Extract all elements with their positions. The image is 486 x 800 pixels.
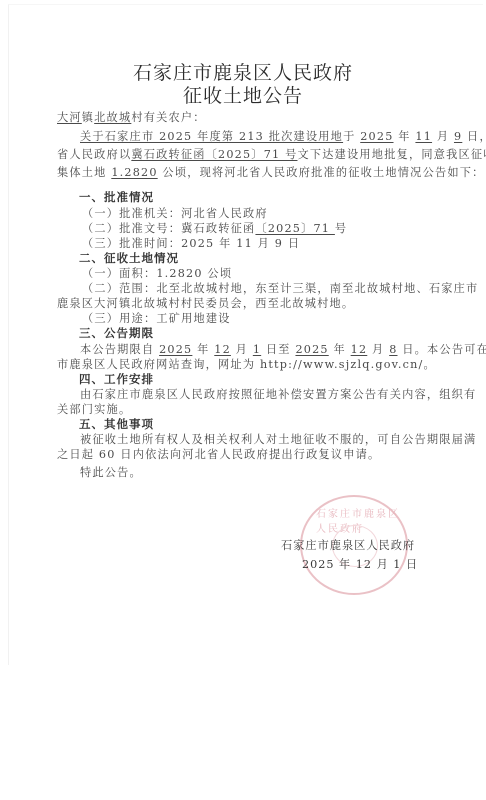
end-year: 2025	[295, 343, 328, 356]
approval-authority: （一）批准机关：河北省人民政府	[82, 206, 268, 221]
text: 月	[231, 343, 253, 356]
village-name: 北故城	[94, 111, 131, 124]
text: 于	[343, 130, 360, 143]
text: 集体土地	[57, 166, 111, 179]
land-area-item: （一）面积：1.2820 公顷	[82, 266, 232, 281]
text: 日，由河北	[462, 130, 486, 143]
end-month: 12	[351, 343, 368, 356]
batch-name: 关于石家庄市 2025 年度第 213 批次建设用地	[80, 130, 343, 143]
town-name: 大河	[57, 111, 82, 124]
approval-date: （三）批准时间：2025 年 11 月 9 日	[82, 236, 300, 251]
doc-number: 〔2025〕71	[255, 222, 334, 235]
text: 省人民政府以	[57, 148, 131, 161]
section-1-heading: 一、批准情况	[79, 190, 154, 205]
text: 年	[192, 343, 214, 356]
text: （二）批准文号：冀石政转征函	[82, 222, 255, 235]
land-scope-line-2: 鹿泉区大河镇北故城村村民委员会，西至北故城村地。	[57, 296, 354, 311]
document-title: 石家庄市鹿泉区人民政府	[0, 62, 486, 84]
work-arrangement-line-1: 由石家庄市鹿泉区人民政府按照征地补偿安置方案公告有关内容，组织有	[80, 387, 476, 402]
end-day: 8	[389, 343, 397, 356]
other-matters-line-2: 之日起 60 日内依法向河北省人民政府提出行政复议申请。	[57, 447, 380, 462]
approval-doc: （二）批准文号：冀石政转征函〔2025〕71 号	[82, 221, 347, 236]
land-use: （三）用途：工矿用地建设	[82, 311, 231, 326]
notice-period-line-2: 市鹿泉区人民政府网站查询，网址为 http://www.sjzlq.gov.cn…	[57, 357, 436, 372]
text: 号	[335, 222, 347, 235]
text: 日。本公告可在石家庄	[398, 343, 486, 356]
intro-line-3: 集体土地 1.2820 公顷，现将河北省人民政府批准的征收土地情况公告如下：	[57, 165, 485, 180]
salutation: 大河镇北故城村有关农户：	[57, 110, 206, 125]
text: 年	[329, 343, 351, 356]
text: 日至	[261, 343, 295, 356]
section-4-heading: 四、工作安排	[79, 372, 154, 387]
approval-year: 2025	[360, 130, 393, 143]
start-day: 1	[253, 343, 261, 356]
approval-doc-number: 冀石政转征函〔2025〕71 号	[131, 148, 297, 161]
intro-line-2: 省人民政府以冀石政转征函〔2025〕71 号文下达建设用地批复，同意我区征收	[57, 147, 486, 162]
text: 年	[394, 130, 416, 143]
section-2-heading: 二、征收土地情况	[79, 251, 179, 266]
town-suffix: 镇	[82, 111, 94, 124]
document-subtitle: 征收土地公告	[0, 85, 486, 107]
text: 文下达建设用地批复，同意我区征收	[297, 148, 486, 161]
start-year: 2025	[159, 343, 192, 356]
text: 本公告期限自	[80, 343, 159, 356]
closing-remark: 特此公告。	[80, 465, 142, 480]
start-month: 12	[214, 343, 231, 356]
text: 月	[432, 130, 454, 143]
other-matters-line-1: 被征收土地所有权人及相关权利人对土地征收不服的，可自公告期限届满	[80, 432, 476, 447]
salutation-rest: 村有关农户：	[131, 111, 205, 124]
section-5-heading: 五、其他事项	[79, 417, 154, 432]
approval-month: 11	[415, 130, 432, 143]
intro-line-1: 关于石家庄市 2025 年度第 213 批次建设用地于 2025 年 11 月 …	[80, 129, 486, 144]
work-arrangement-line-2: 关部门实施。	[57, 402, 131, 417]
notice-period-line-1: 本公告期限自 2025 年 12 月 1 日至 2025 年 12 月 8 日。…	[80, 342, 486, 357]
land-scope-line-1: （二）范围：北至北故城村地，东至计三渠，南至北故城村地、石家庄市	[82, 281, 478, 296]
text: 公顷，现将河北省人民政府批准的征收土地情况公告如下：	[158, 166, 485, 179]
issuer-name: 石家庄市鹿泉区人民政府	[281, 537, 415, 553]
land-area: 1.2820	[111, 166, 157, 179]
text: 月	[367, 343, 389, 356]
issue-date: 2025 年 12 月 1 日	[302, 556, 418, 572]
section-3-heading: 三、公告期限	[79, 326, 154, 341]
